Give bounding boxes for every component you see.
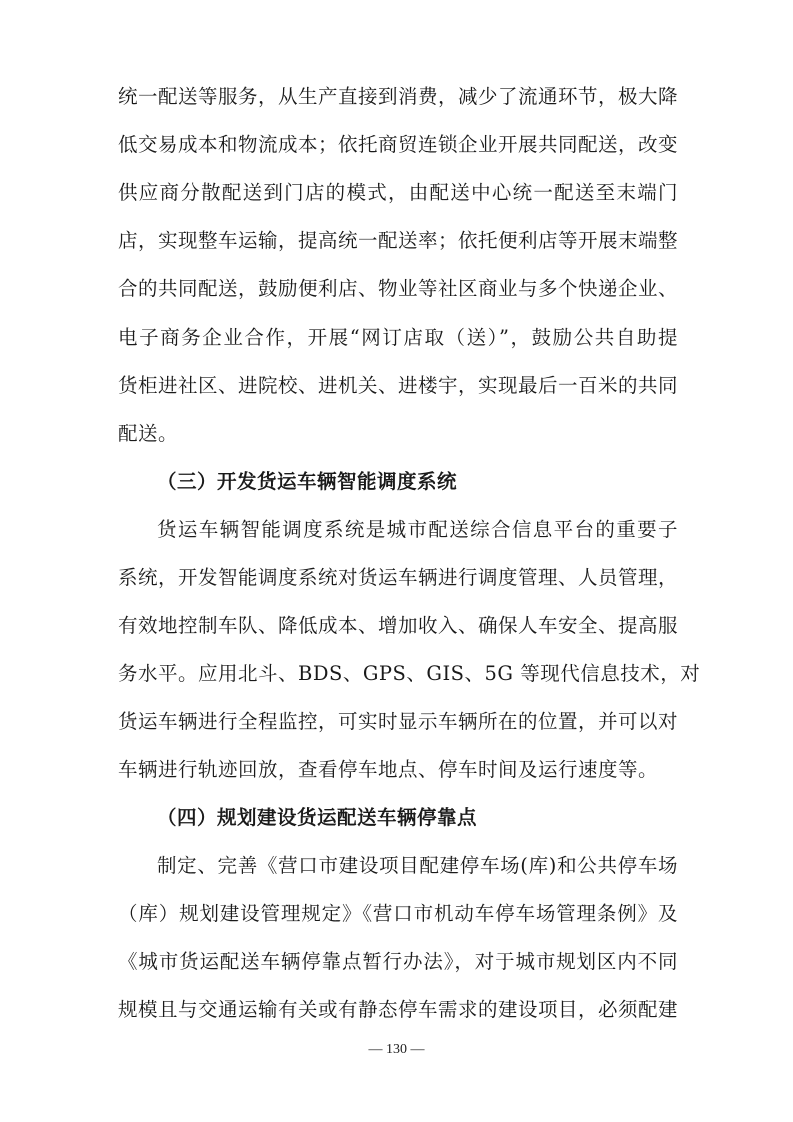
body-text-line: 统一配送等服务，从生产直接到消费，减少了流通环节，极大降 — [118, 82, 678, 112]
body-text-line: 供应商分散配送到门店的模式，由配送中心统一配送至末端门 — [118, 178, 678, 208]
body-text-line: 配送。 — [118, 419, 678, 449]
section-heading: （四）规划建设货运配送车辆停靠点 — [157, 803, 477, 833]
document-page: 统一配送等服务，从生产直接到消费，减少了流通环节，极大降 低交易成本和物流成本；… — [0, 0, 793, 1122]
body-text-line: 有效地控制车队、降低成本、增加收入、确保人车安全、提高服 — [118, 611, 678, 641]
body-text-line: 车辆进行轨迹回放，查看停车地点、停车时间及运行速度等。 — [118, 755, 678, 785]
body-text-line: 规模且与交通运输有关或有静态停车需求的建设项目，必须配建 — [118, 995, 678, 1025]
body-text-line: （库）规划建设管理规定》《营口市机动车停车场管理条例》及 — [118, 899, 678, 929]
body-text-line: 店，实现整车运输，提高统一配送率；依托便利店等开展末端整 — [118, 226, 678, 256]
body-text-line: 合的共同配送，鼓励便利店、物业等社区商业与多个快递企业、 — [118, 274, 678, 304]
body-text-line: 《城市货运配送车辆停靠点暂行办法》，对于城市规划区内不同 — [118, 947, 678, 977]
body-text-line: 务水平。应用北斗、BDS、GPS、GIS、5G 等现代信息技术，对 — [118, 659, 678, 689]
body-text-line: 低交易成本和物流成本；依托商贸连锁企业开展共同配送，改变 — [118, 130, 678, 160]
body-text-line: 制定、完善《营口市建设项目配建停车场(库)和公共停车场 — [157, 851, 678, 881]
body-text-line: 货柜进社区、进院校、进机关、进楼宇，实现最后一百米的共同 — [118, 371, 678, 401]
body-text-line: 系统，开发智能调度系统对货运车辆进行调度管理、人员管理， — [118, 563, 678, 593]
page-number: — 130 — — [0, 1040, 793, 1060]
body-text-line: 货运车辆进行全程监控，可实时显示车辆所在的位置，并可以对 — [118, 707, 678, 737]
body-text-line: 电子商务企业合作，开展“网订店取（送）”，鼓励公共自助提 — [118, 323, 678, 353]
body-text-line: 货运车辆智能调度系统是城市配送综合信息平台的重要子 — [157, 515, 678, 545]
section-heading: （三）开发货运车辆智能调度系统 — [157, 467, 457, 497]
